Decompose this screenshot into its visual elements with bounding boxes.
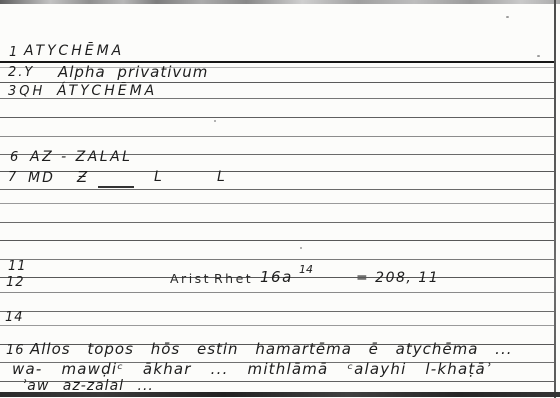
citation-page-ref: = 208, 11: [356, 271, 439, 285]
scan-speck: [506, 16, 509, 18]
scan-top-edge: [0, 0, 560, 4]
scan-speck: [214, 120, 216, 122]
line-number-2: 2.Y: [8, 66, 34, 79]
ruled-line: [0, 311, 554, 312]
citation-line-superscript: 14: [299, 264, 313, 275]
line-number-11: 11: [8, 260, 27, 273]
ruled-line: [0, 189, 554, 190]
line-number-7: 7: [8, 171, 17, 184]
ruled-line: [0, 259, 554, 260]
ruled-line: [0, 222, 554, 223]
line-number-3: 3QH: [8, 85, 45, 98]
ruled-line: [0, 240, 554, 241]
scan-speck: [537, 55, 540, 57]
scan-right-edge: [554, 0, 556, 398]
index-card: 1 ATYCHĒMA 2.Y Alpha privativum 3QH ÁTYC…: [0, 0, 560, 398]
line-number-6: 6: [10, 151, 19, 164]
citation-locus: 16a: [260, 270, 293, 285]
arabic-transliteration-2: ʾaw az-zalal ...: [22, 379, 154, 393]
siglum-md: MD: [28, 171, 55, 185]
ruled-line: [0, 136, 554, 137]
greek-quotation: Allos topos hōs estin hamartēma ē atychē…: [30, 342, 513, 357]
ruled-line: [0, 117, 554, 118]
line-number-16: 16: [6, 344, 25, 357]
siglum-z: Ƶ: [77, 170, 87, 185]
headword-az-zalal: AZ - ZALAL: [30, 150, 132, 164]
siglum-l-first: L: [154, 170, 162, 184]
scan-speck: [300, 247, 302, 249]
note-alpha-privativum: Alpha privativum: [58, 65, 208, 80]
headword-atychema-1: ATYCHĒMA: [24, 44, 124, 58]
ruled-line: [0, 292, 554, 293]
ruled-line: [0, 325, 554, 326]
line-number-1: 1: [9, 46, 18, 59]
line-number-12: 12: [6, 276, 25, 289]
blank-underscore: [98, 186, 134, 188]
ruled-line: [0, 203, 554, 204]
citation-work: Rhet: [214, 273, 253, 286]
headword-atychema-2: ÁTYCHĒMA: [57, 84, 157, 98]
citation-author: Arist: [170, 273, 211, 286]
line-number-14: 14: [5, 311, 24, 324]
arabic-transliteration-1: wa- mawḍiᶜ ākhar ... mithlāmā ᶜalayhi l-…: [12, 362, 492, 377]
siglum-l-second: L: [217, 170, 225, 184]
